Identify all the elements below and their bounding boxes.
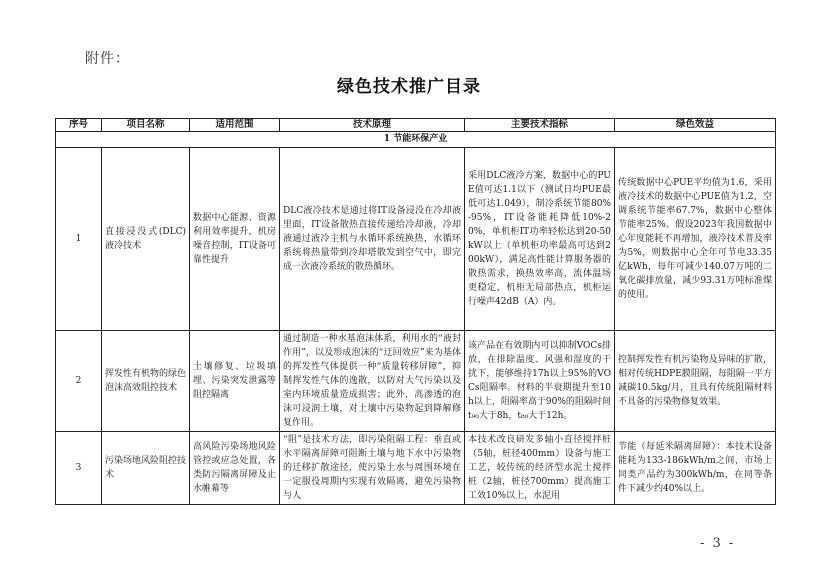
cell-indicators: 采用DLC液冷方案，数据中心的PUE值可达1.1以下（测试日均PUE最低可达1.…	[465, 148, 615, 331]
cell-benefits: 控制挥发性有机污染物及异味的扩散，相对传统HDPE膜阻隔，每阻隔一平方减碳10.…	[615, 331, 776, 432]
header-principle: 技术原理	[280, 119, 465, 132]
cell-indicators: 本技术改良研发多轴小直径搅拌桩（5轴，桩径400mm）设备与施工工艺，较传统的经…	[465, 432, 615, 505]
header-scope: 适用范围	[190, 119, 280, 132]
table-row: 3 污染场地风险阻控技术 高风险污染场地风险管控或应急处置，各类防污隔离屏障及止…	[56, 432, 776, 505]
table-row: 1 直接浸没式(DLC)液冷技术 数据中心能源、资源利用效率提升，机房噪音控制，…	[56, 148, 776, 331]
cell-name: 污染场地风险阻控技术	[102, 432, 190, 505]
header-seq: 序号	[56, 119, 102, 132]
header-name: 项目名称	[102, 119, 190, 132]
cell-seq: 3	[56, 432, 102, 505]
cell-scope: 土壤修复、垃圾填埋、污染突发泄露等阻控隔离	[190, 331, 280, 432]
cell-principle: “阻”是技术方法，即污染阻隔工程：垂直或水平隔离屏障可阻断土壤与地下水中污染物的…	[280, 432, 465, 505]
cell-seq: 1	[56, 148, 102, 331]
section-label: 1 节能环保产业	[56, 132, 776, 148]
cell-benefits: 传统数据中心PUE平均值为1.6，采用液冷技术的数据中心PUE值为1.2，空调系…	[615, 148, 776, 331]
technology-catalog-table: 序号 项目名称 适用范围 技术原理 主要技术指标 绿色效益 1 节能环保产业 1…	[55, 118, 776, 505]
cell-indicators: 该产品在有效期内可以抑制VOCs排放，在排除温度、风强和湿度的干扰下，能够维持1…	[465, 331, 615, 432]
cell-scope: 数据中心能源、资源利用效率提升，机房噪音控制，IT设备可靠性提升	[190, 148, 280, 331]
cell-scope: 高风险污染场地风险管控或应急处置，各类防污隔离屏障及止水帷幕等	[190, 432, 280, 505]
header-indicators: 主要技术指标	[465, 119, 615, 132]
cell-seq: 2	[56, 331, 102, 432]
table-row: 2 挥发性有机物的绿色泡沫高效阻控技术 土壤修复、垃圾填埋、污染突发泄露等阻控隔…	[56, 331, 776, 432]
section-row: 1 节能环保产业	[56, 132, 776, 148]
document-title: 绿色技术推广目录	[0, 72, 818, 97]
table-header-row: 序号 项目名称 适用范围 技术原理 主要技术指标 绿色效益	[56, 119, 776, 132]
cell-name: 挥发性有机物的绿色泡沫高效阻控技术	[102, 331, 190, 432]
cell-benefits: 节能（每延米隔离屏障）：本技术设备能耗为133-186kWh/m之间，市场上同类…	[615, 432, 776, 505]
page-number: - 3 -	[700, 536, 735, 551]
cell-principle: DLC液冷技术是通过将IT设备浸没在冷却液里面，IT设备散热直接传递给冷却液，冷…	[280, 148, 465, 331]
attachment-label: 附件：	[85, 48, 130, 68]
header-benefits: 绿色效益	[615, 119, 776, 132]
cell-name: 直接浸没式(DLC)液冷技术	[102, 148, 190, 331]
cell-principle: 通过制造一种水基泡沫体系，利用水的“液封作用”，以及形成泡沫的“迂回效应”来为基…	[280, 331, 465, 432]
